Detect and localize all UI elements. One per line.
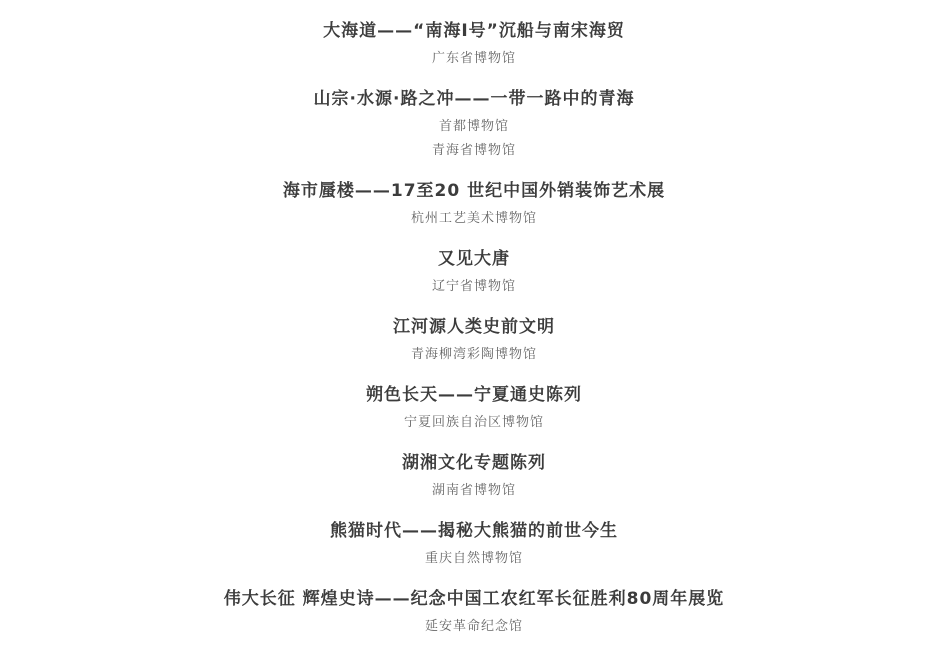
museum-lines: 湖南省博物馆 xyxy=(18,479,930,503)
museum-lines: 重庆自然博物馆 xyxy=(18,547,930,571)
museum-name: 青海省博物馆 xyxy=(18,139,930,163)
exhibition-title: 海市蜃楼——17至20 世纪中国外销装饰艺术展 xyxy=(18,175,930,207)
exhibition-title: 又见大唐 xyxy=(18,243,930,275)
museum-lines: 辽宁省博物馆 xyxy=(18,275,930,299)
museum-name: 青海柳湾彩陶博物馆 xyxy=(18,343,930,367)
exhibition-section: 伟大长征 辉煌史诗——纪念中国工农红军长征胜利80周年展览 延安革命纪念馆 xyxy=(18,583,930,639)
exhibition-section: 熊猫时代——揭秘大熊猫的前世今生 重庆自然博物馆 xyxy=(18,515,930,571)
museum-lines: 宁夏回族自治区博物馆 xyxy=(18,411,930,435)
museum-name: 杭州工艺美术博物馆 xyxy=(18,207,930,231)
museum-name: 辽宁省博物馆 xyxy=(18,275,930,299)
museum-lines: 延安革命纪念馆 xyxy=(18,615,930,639)
exhibition-title: 熊猫时代——揭秘大熊猫的前世今生 xyxy=(18,515,930,547)
exhibition-section: 海市蜃楼——17至20 世纪中国外销装饰艺术展 杭州工艺美术博物馆 xyxy=(18,175,930,231)
museum-name: 湖南省博物馆 xyxy=(18,479,930,503)
exhibition-section: 又见大唐 辽宁省博物馆 xyxy=(18,243,930,299)
museum-name: 重庆自然博物馆 xyxy=(18,547,930,571)
exhibition-section: 山宗·水源·路之冲——一带一路中的青海 首都博物馆青海省博物馆 xyxy=(18,83,930,163)
museum-name: 宁夏回族自治区博物馆 xyxy=(18,411,930,435)
exhibition-section: 江河源人类史前文明 青海柳湾彩陶博物馆 xyxy=(18,311,930,367)
exhibition-section: 大海道——“南海I号”沉船与南宋海贸 广东省博物馆 xyxy=(18,15,930,71)
exhibition-title: 朔色长天——宁夏通史陈列 xyxy=(18,379,930,411)
exhibition-title: 江河源人类史前文明 xyxy=(18,311,930,343)
exhibition-section: 朔色长天——宁夏通史陈列 宁夏回族自治区博物馆 xyxy=(18,379,930,435)
exhibition-section: 湖湘文化专题陈列 湖南省博物馆 xyxy=(18,447,930,503)
exhibition-list: 大海道——“南海I号”沉船与南宋海贸 广东省博物馆 山宗·水源·路之冲——一带一… xyxy=(0,0,930,639)
museum-name: 首都博物馆 xyxy=(18,115,930,139)
exhibition-title: 湖湘文化专题陈列 xyxy=(18,447,930,479)
museum-lines: 首都博物馆青海省博物馆 xyxy=(18,115,930,163)
museum-lines: 青海柳湾彩陶博物馆 xyxy=(18,343,930,367)
museum-name: 广东省博物馆 xyxy=(18,47,930,71)
museum-lines: 广东省博物馆 xyxy=(18,47,930,71)
exhibition-title: 山宗·水源·路之冲——一带一路中的青海 xyxy=(18,83,930,115)
museum-lines: 杭州工艺美术博物馆 xyxy=(18,207,930,231)
exhibition-title: 大海道——“南海I号”沉船与南宋海贸 xyxy=(18,15,930,47)
exhibition-title: 伟大长征 辉煌史诗——纪念中国工农红军长征胜利80周年展览 xyxy=(18,583,930,615)
museum-name: 延安革命纪念馆 xyxy=(18,615,930,639)
